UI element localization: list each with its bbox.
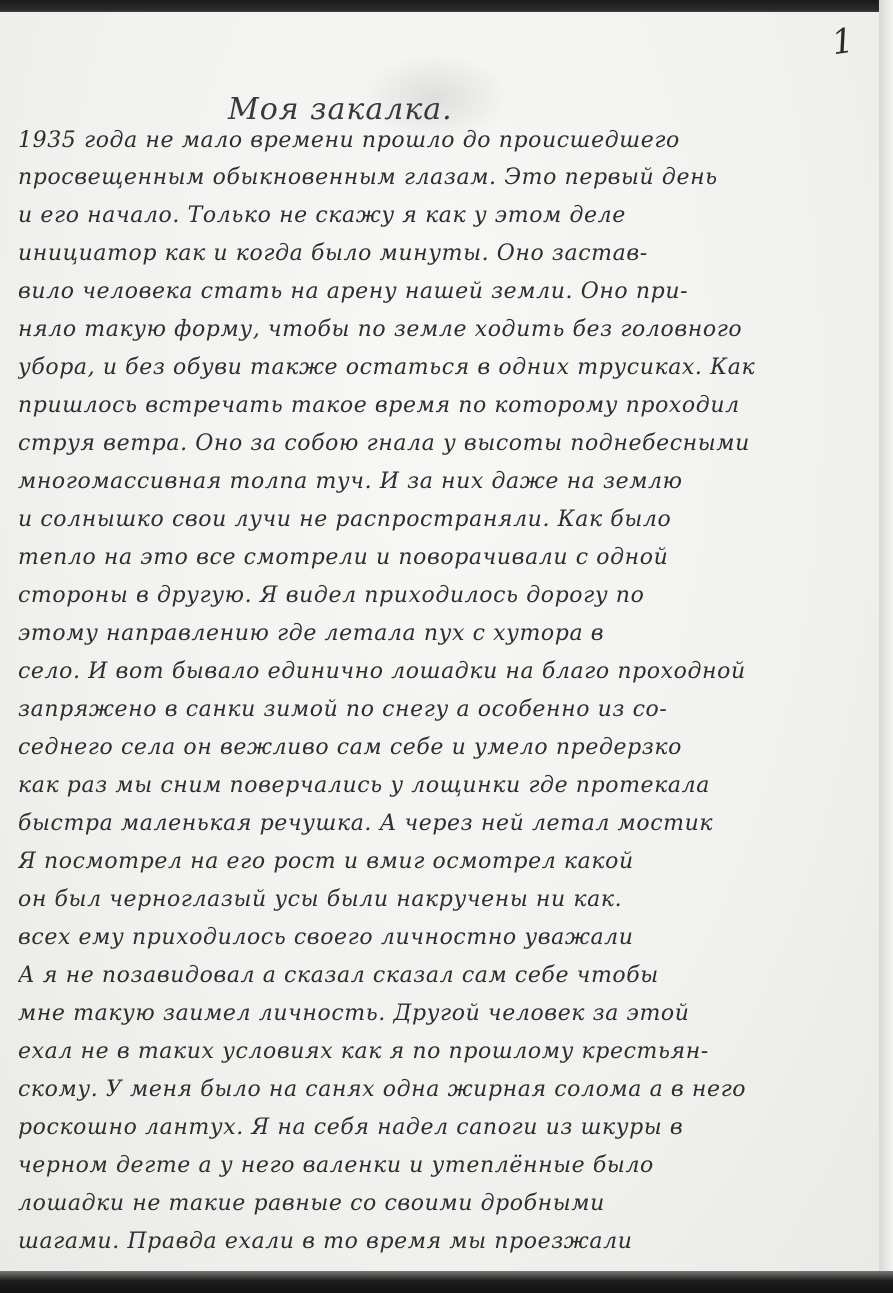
text-line: и солнышко свои лучи не распространяли. …	[18, 507, 870, 532]
text-line: шагами. Правда ехали в то время мы проез…	[18, 1229, 870, 1254]
text-line: тепло на это все смотрели и поворачивали…	[18, 545, 870, 570]
text-line: струя ветра. Оно за собою гнала у высоты…	[18, 431, 870, 456]
text-line: всех ему приходилось своего личностно ув…	[18, 925, 870, 950]
text-line: запряжено в санки зимой по снегу а особе…	[18, 697, 870, 722]
text-line: пришлось встречать такое время по которо…	[18, 393, 870, 418]
text-line: инициатор как и когда было минуты. Оно з…	[18, 241, 870, 266]
scan-right-edge	[879, 0, 893, 1293]
text-line: мне такую заимел личность. Другой челове…	[18, 1001, 870, 1026]
text-line: и его начало. Только не скажу я как у эт…	[18, 203, 870, 228]
text-line: няло такую форму, чтобы по земле ходить …	[18, 317, 870, 342]
text-line: вило человека стать на арену нашей земли…	[18, 279, 870, 304]
text-line: 1935 года не мало времени прошло до прои…	[18, 128, 870, 153]
text-line: ехал не в таких условиях как я по прошло…	[18, 1039, 870, 1064]
text-line: черном дегте а у него валенки и утеплённ…	[18, 1153, 870, 1178]
text-line: стороны в другую. Я видел приходилось до…	[18, 583, 870, 608]
text-line: седнего села он вежливо сам себе и умело…	[18, 735, 870, 760]
text-line: А я не позавидовал а сказал сказал сам с…	[18, 963, 870, 988]
text-line: убора, и без обуви также остаться в одни…	[18, 355, 870, 380]
text-line: быстра маленькая речушка. А через ней ле…	[18, 811, 870, 836]
document-title: Моя закалка.	[228, 92, 453, 127]
text-line: Я посмотрел на его рост и вмиг осмотрел …	[18, 849, 870, 874]
text-line: он был черноглазый усы были накручены ни…	[18, 887, 870, 912]
text-line: роскошно лантух. Я на себя надел сапоги …	[18, 1115, 870, 1140]
scan-bottom-edge	[0, 1271, 893, 1293]
text-line: скому. У меня было на санях одна жирная …	[18, 1077, 870, 1102]
text-line: просвещенным обыкновенным глазам. Это пе…	[18, 165, 870, 190]
text-line: лошадки не такие равные со своими дробны…	[18, 1191, 870, 1216]
text-line: этому направлению где летала пух с хутор…	[18, 621, 870, 646]
text-line: как раз мы сним поверчались у лощинки гд…	[18, 773, 870, 798]
text-line: село. И вот бывало единично лошадки на б…	[18, 659, 870, 684]
text-line: многомассивная толпа туч. И за них даже …	[18, 469, 870, 494]
